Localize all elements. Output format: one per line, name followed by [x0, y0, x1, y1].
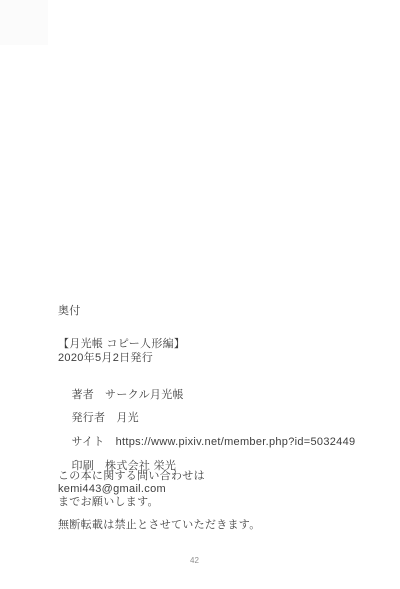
page-number: 42: [190, 556, 199, 566]
publish-date: 2020年5月2日発行: [58, 352, 153, 365]
contact-intro: この本に関する問い合わせは: [58, 470, 205, 483]
contact-email: kemi443@gmail.com: [58, 483, 166, 496]
book-title: 【月光帳 コピー人形編】: [58, 338, 185, 351]
contact-outro: までお願いします。: [58, 496, 159, 509]
scan-artifact: [0, 0, 48, 45]
no-reproduction-notice: 無断転載は禁止とさせていただきます。: [58, 519, 261, 532]
colophon-page: 奥付 【月光帳 コピー人形編】 2020年5月2日発行 著者サークル月光帳 発行…: [0, 0, 400, 589]
colophon-heading: 奥付: [58, 305, 81, 318]
